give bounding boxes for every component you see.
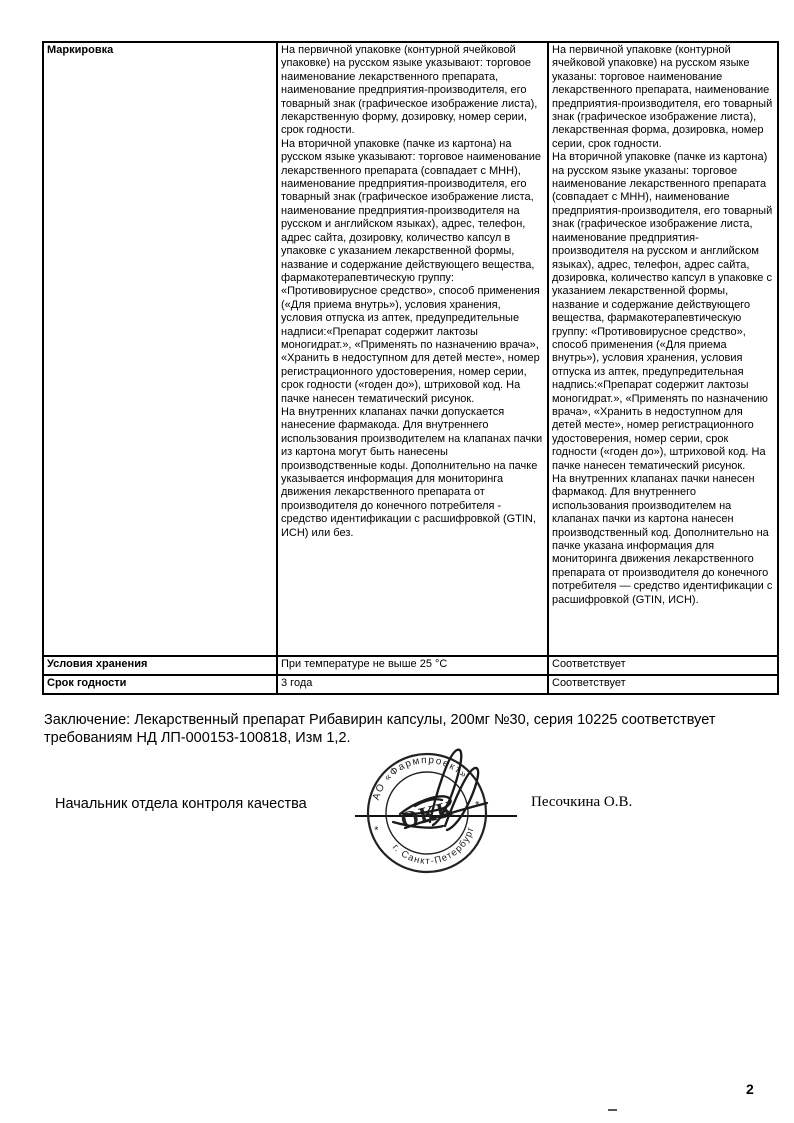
- signatory-name: Песочкина О.В.: [531, 794, 632, 811]
- result-text: Соответствует: [552, 677, 773, 690]
- row-requirement-shelf-life: 3 года: [277, 675, 548, 694]
- row-label-text: Условия хранения: [47, 658, 272, 671]
- signatory-role: Начальник отдела контроля качества: [55, 796, 307, 812]
- table-row-shelf-life: Срок годности 3 года Соответствует: [43, 675, 778, 694]
- row-label-marking: Маркировка: [43, 42, 277, 656]
- stamp-and-signature: АО «Фармпроект» г. Санкт-Петербург * * О…: [345, 742, 545, 902]
- row-result-storage: Соответствует: [548, 656, 778, 675]
- scan-artifact-mark: [608, 1109, 617, 1111]
- requirement-text: На первичной упаковке (контурной ячейков…: [281, 44, 543, 540]
- row-requirement-marking: На первичной упаковке (контурной ячейков…: [277, 42, 548, 656]
- table-row-marking: Маркировка На первичной упаковке (контур…: [43, 42, 778, 656]
- document-page: Маркировка На первичной упаковке (контур…: [0, 0, 794, 1123]
- row-result-shelf-life: Соответствует: [548, 675, 778, 694]
- row-label-shelf-life: Срок годности: [43, 675, 277, 694]
- qc-table: Маркировка На первичной упаковке (контур…: [42, 41, 779, 695]
- result-text: Соответствует: [552, 658, 773, 671]
- table-row-storage: Условия хранения При температуре не выше…: [43, 656, 778, 675]
- requirement-text: При температуре не выше 25 °C: [281, 658, 543, 671]
- row-label-text: Срок годности: [47, 677, 272, 690]
- svg-text:АО «Фармпроект»: АО «Фармпроект»: [364, 744, 471, 803]
- result-text: На первичной упаковке (контурной ячейков…: [552, 44, 773, 607]
- row-result-marking: На первичной упаковке (контурной ячейков…: [548, 42, 778, 656]
- round-stamp-icon: АО «Фармпроект» г. Санкт-Петербург * * О…: [355, 742, 498, 885]
- row-label-text: Маркировка: [47, 44, 272, 57]
- requirement-text: 3 года: [281, 677, 543, 690]
- row-requirement-storage: При температуре не выше 25 °C: [277, 656, 548, 675]
- stamp-left-star: *: [373, 824, 381, 837]
- stamp-top-arc-text: АО «Фармпроект»: [364, 744, 471, 803]
- row-label-storage: Условия хранения: [43, 656, 277, 675]
- page-number: 2: [746, 1081, 754, 1097]
